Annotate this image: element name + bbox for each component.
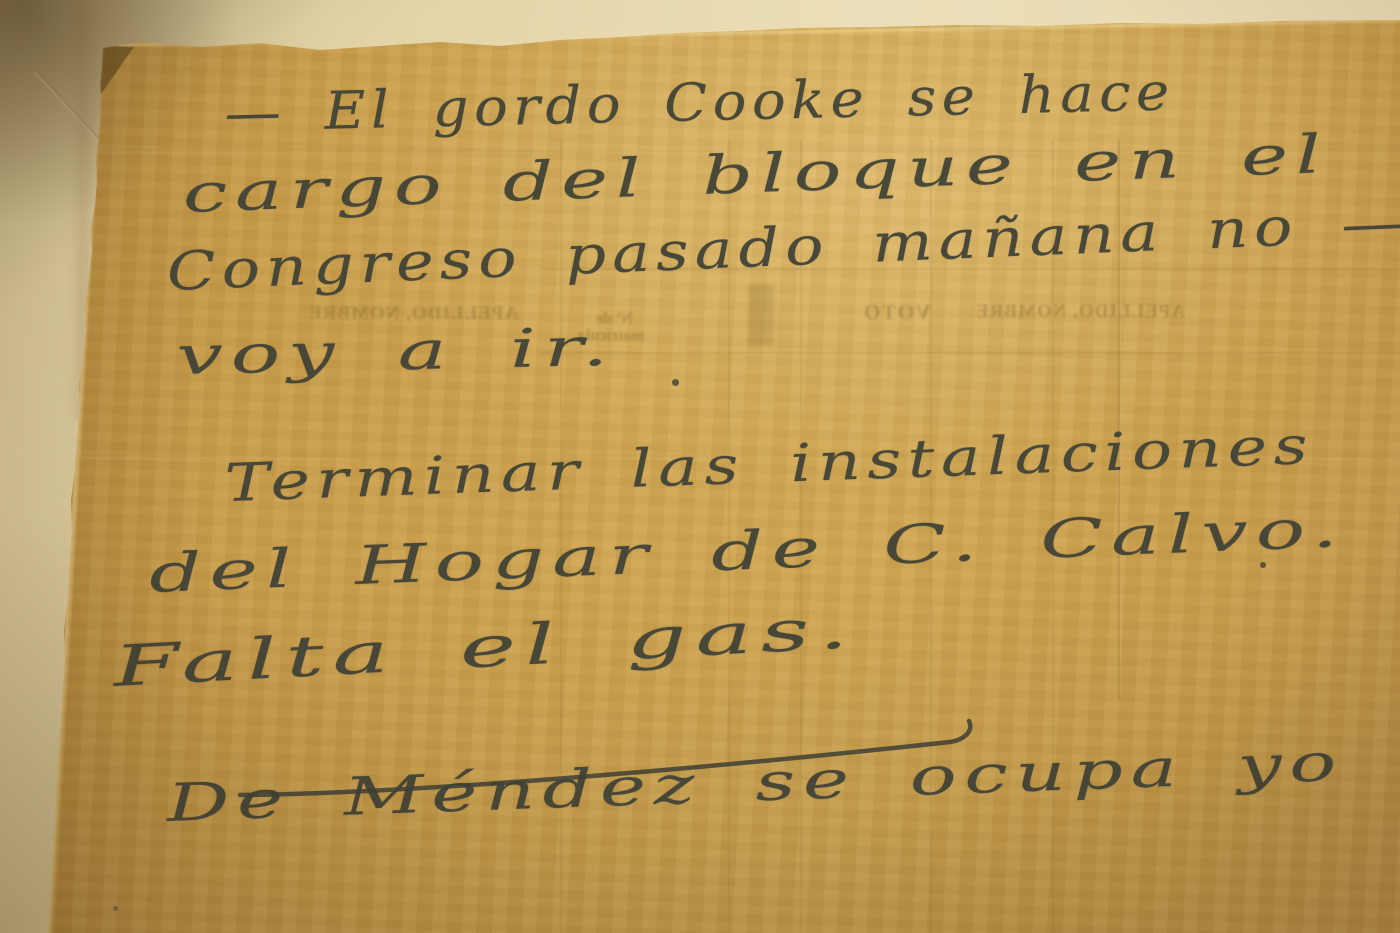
ink-dot-period	[1260, 562, 1266, 568]
note-paper: APELLIDO, NOMBRE Nº de matrícula VOTO AP…	[0, 0, 1400, 933]
ink-dot-period	[672, 379, 679, 386]
bleedthrough-narrow-column	[748, 284, 774, 346]
bleedthrough-header-voto: VOTO	[862, 300, 931, 325]
handwritten-line-4: voy a ir.	[176, 321, 616, 383]
ink-speck	[113, 906, 118, 911]
bleedthrough-row-rule	[540, 352, 1400, 354]
bleedthrough-header-apellido-right: APELLIDO, NOMBRE	[975, 301, 1185, 323]
photo-of-handwritten-note: APELLIDO, NOMBRE Nº de matrícula VOTO AP…	[0, 0, 1400, 933]
